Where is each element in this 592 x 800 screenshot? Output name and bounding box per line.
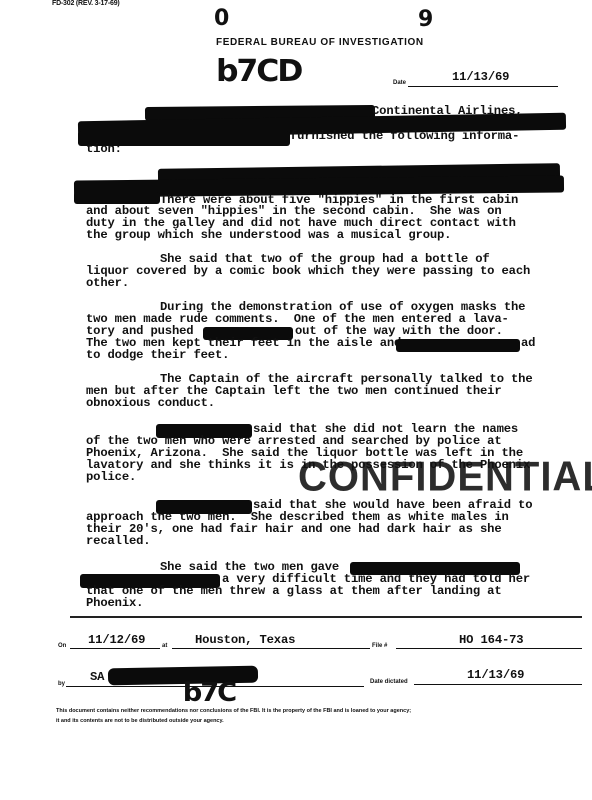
date-dictated-underline: [414, 684, 582, 685]
body-line: police.: [86, 472, 136, 484]
date-underline: [408, 86, 558, 87]
body-line: Phoenix.: [86, 598, 143, 610]
body-line: liquor covered by a comic book which the…: [86, 266, 530, 278]
body-line: obnoxious conduct.: [86, 398, 215, 410]
file-number-value: HO 164-73: [459, 635, 523, 647]
redaction-block: [396, 339, 520, 352]
on-underline: [70, 648, 160, 649]
confidential-stamp: CONFIDENTIAL: [298, 454, 592, 501]
body-line: the group which she understood was a mus…: [86, 230, 451, 242]
body-line: recalled.: [86, 536, 150, 548]
redaction-block: [74, 192, 160, 204]
body-line: other.: [86, 278, 129, 290]
location-value: Houston, Texas: [195, 635, 295, 647]
agency-title: FEDERAL BUREAU OF INVESTIGATION: [216, 37, 424, 48]
body-line: that one of the men threw a glass at the…: [86, 586, 502, 598]
form-number: FD-302 (REV. 3-17-69): [52, 0, 120, 7]
date-value: 11/13/69: [452, 72, 509, 84]
body-line: furnished the following informa-: [290, 131, 519, 143]
file-underline: [396, 648, 582, 649]
top-mark-left: 0: [214, 6, 229, 31]
on-date-value: 11/12/69: [88, 635, 145, 647]
body-line: Continental Airlines,: [372, 106, 522, 118]
disclaimer-line: it and its contents are not to be distri…: [56, 718, 224, 724]
disclaimer-line: This document contains neither recommend…: [56, 708, 411, 714]
handwritten-exemption-top: b7CD: [216, 54, 301, 89]
body-line: to dodge their feet.: [86, 350, 229, 362]
date-dictated-value: 11/13/69: [467, 670, 524, 682]
on-label: On: [58, 643, 66, 649]
handwritten-exemption-bottom: b7C: [183, 678, 235, 708]
by-label: by: [58, 681, 65, 687]
at-label: at: [162, 643, 167, 649]
file-label: File #: [372, 643, 387, 649]
agent-title-value: SA: [90, 672, 104, 684]
body-line: ad: [521, 338, 535, 350]
date-dictated-label: Date dictated: [370, 679, 408, 685]
body-line: tion:: [86, 144, 122, 156]
divider: [70, 616, 582, 618]
at-underline: [172, 648, 370, 649]
date-label: Date: [393, 80, 406, 86]
top-mark-right: 9: [418, 7, 433, 32]
